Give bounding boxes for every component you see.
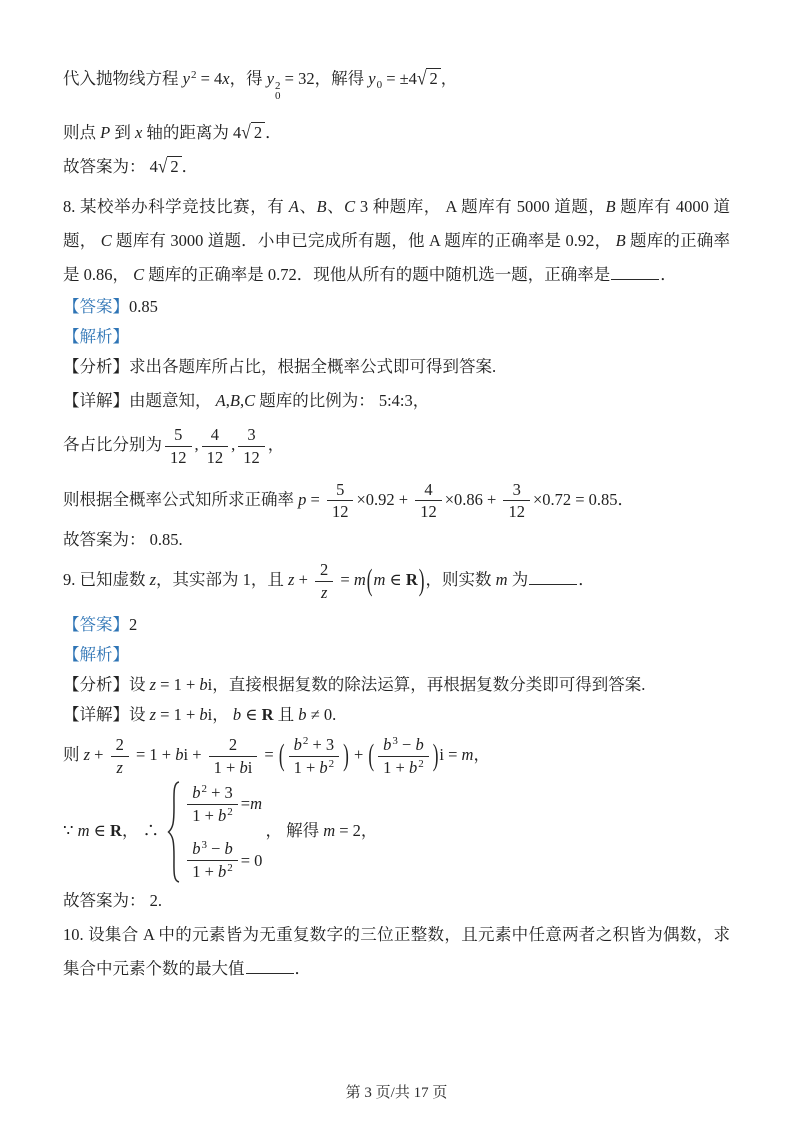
big-paren: ) xyxy=(432,725,440,786)
fraction-denominator: 12 xyxy=(165,446,192,469)
math-variable: m xyxy=(496,570,508,589)
radicand: 2 xyxy=(251,122,265,143)
q8-stem: 8. 某校举办科学竞技比赛，有 A、B、C 3 种题库， A 题库有 5000 … xyxy=(63,190,730,292)
math-variable: y xyxy=(267,69,274,88)
text: ， xyxy=(441,69,458,88)
fraction-numerator: 2 xyxy=(111,734,129,756)
math-variable: m xyxy=(373,570,385,589)
fraction: 412 xyxy=(202,424,229,469)
text: i，直接根据复数的除法运算，再根据复数分类即可得到答案. xyxy=(208,675,646,694)
fraction-denominator: z xyxy=(315,581,333,604)
text: 、 xyxy=(299,197,317,216)
text: ． xyxy=(265,123,282,142)
math-variable: m xyxy=(78,821,90,840)
math-variable: b xyxy=(239,758,247,777)
fraction-numerator: b2 + 3 xyxy=(289,734,340,756)
math-variable: y xyxy=(368,69,375,88)
text: = 1 + xyxy=(156,675,199,694)
fraction: 312 xyxy=(238,424,265,469)
p7-answer: 故答案为： 4√2． xyxy=(63,150,730,184)
math-variable: b xyxy=(319,758,327,777)
text: ×0.72 = 0.85． xyxy=(533,490,634,509)
fraction-denominator: 12 xyxy=(238,446,265,469)
cases-rows: b2 + 31 + b2 = mb3 − b1 + b2 = 0 xyxy=(184,782,262,883)
sub-superscripted-term: y20 xyxy=(267,69,281,88)
text: ，得 xyxy=(230,69,267,88)
math-variable: b xyxy=(199,705,207,724)
text: = xyxy=(260,745,278,764)
math-variable: C xyxy=(244,391,255,410)
q9-expand: 则 z + 2z = 1 + bi + 21 + bi = (b2 + 31 +… xyxy=(63,734,730,779)
text: = 0 xyxy=(241,844,263,878)
fraction-numerator: 4 xyxy=(415,479,442,501)
document-body: 代入抛物线方程 y2 = 4x，得 y20 = 32，解得 y0 = ±4√2，… xyxy=(0,0,793,986)
text: 题库的正确率是 0.72．现他从所有的题中随机选一题，正确率是 xyxy=(144,265,610,284)
fraction-denominator: 1 + b2 xyxy=(378,756,429,779)
math-bold-set: R xyxy=(262,705,274,724)
text: i + xyxy=(183,745,205,764)
math-variable: b xyxy=(409,758,417,777)
math-variable: x xyxy=(222,69,229,88)
math-variable: B xyxy=(317,197,327,216)
math-variable: C xyxy=(101,231,112,250)
fraction: b2 + 31 + b2 xyxy=(289,734,340,779)
cases-row: b2 + 31 + b2 = m xyxy=(184,782,262,827)
square-root: √2 xyxy=(417,62,441,96)
fraction-denominator: z xyxy=(111,756,129,779)
fraction: b2 + 31 + b2 xyxy=(187,782,238,827)
section-label: 【答案】 xyxy=(63,615,129,634)
big-paren: ) xyxy=(342,725,350,786)
q9-answer-label: 【答案】2 xyxy=(63,610,730,640)
radical-sign-icon: √ xyxy=(417,60,427,98)
fraction-denominator: 1 + b2 xyxy=(187,804,238,827)
math-variable: b xyxy=(199,675,207,694)
text: − xyxy=(207,839,225,858)
fraction-denominator: 1 + b2 xyxy=(289,756,340,779)
math-variable: b xyxy=(233,705,241,724)
text: 8. 某校举办科学竞技比赛，有 xyxy=(63,197,289,216)
text: 则点 xyxy=(63,123,100,142)
fraction: 2z xyxy=(111,734,129,779)
superscripted-term: b2 xyxy=(319,758,334,777)
math-variable: b xyxy=(298,705,306,724)
text: 故答案为： 4 xyxy=(63,157,158,176)
text: 到 xyxy=(110,123,135,142)
superscripted-term: b3 xyxy=(383,735,398,754)
q8-jiexi: 【解析】 xyxy=(63,322,730,352)
math-variable: P xyxy=(100,123,110,142)
fraction-denominator: 12 xyxy=(415,500,442,523)
math-variable: b xyxy=(192,839,200,858)
math-variable: C xyxy=(133,265,144,284)
superscripted-term: y2 xyxy=(183,69,197,88)
text: 3 种题库， A 题库有 5000 道题， xyxy=(355,197,605,216)
text: i xyxy=(248,758,253,777)
text: + xyxy=(350,745,368,764)
text: ． xyxy=(660,265,677,284)
text: 轴的距离为 4 xyxy=(142,123,241,142)
text: ． xyxy=(182,157,199,176)
page-footer: 第 3 页/共 17 页 xyxy=(0,1081,793,1102)
text: 2 xyxy=(129,615,137,634)
math-variable: m xyxy=(323,821,335,840)
fraction-denominator: 12 xyxy=(503,500,530,523)
text: = xyxy=(306,490,324,509)
document-page: 代入抛物线方程 y2 = 4x，得 y20 = 32，解得 y0 = ±4√2，… xyxy=(0,0,793,1122)
p7-dist: 则点 P 到 x 轴的距离为 4√2． xyxy=(63,116,730,150)
text: 则根据全概率公式知所求正确率 xyxy=(63,490,298,509)
math-variable: b xyxy=(192,783,200,802)
math-bold-set: R xyxy=(406,570,418,589)
brace-icon xyxy=(166,780,182,884)
fraction-numerator: 2 xyxy=(315,559,333,581)
text: ∈ xyxy=(241,705,261,724)
fraction: 412 xyxy=(415,479,442,524)
math-variable: B xyxy=(230,391,240,410)
text: = xyxy=(241,787,250,821)
radical-sign-icon: √ xyxy=(158,148,168,186)
q10-stem: 10. 设集合 A 中的元素皆为无重复数字的三位正整数，且元素中任意两者之积皆为… xyxy=(63,918,730,986)
superscripted-term: b2 xyxy=(192,783,207,802)
text: ， xyxy=(268,435,285,454)
math-variable: A xyxy=(216,391,226,410)
text: 各占比分别为 xyxy=(63,435,162,454)
text: − xyxy=(398,735,416,754)
text: 题库的比例为： 5:4:3， xyxy=(255,391,429,410)
text: = 4 xyxy=(196,69,222,88)
text: 题库有 3000 道题．小申已完成所有题，他 A 题库的正确率是 0.92， xyxy=(112,231,616,250)
fraction-denominator: 1 + bi xyxy=(209,756,258,779)
text: ， xyxy=(473,745,490,764)
cases-system: b2 + 31 + b2 = mb3 − b1 + b2 = 0 xyxy=(166,780,262,884)
math-bold-set: R xyxy=(110,821,122,840)
text: = 1 + xyxy=(132,745,175,764)
math-variable: b xyxy=(218,806,226,825)
text: , xyxy=(231,435,235,454)
text: 【详解】设 xyxy=(63,705,150,724)
q9-final: 故答案为： 2. xyxy=(63,886,730,916)
q8-formula: 则根据全概率公式知所求正确率 p = 512×0.92 + 412×0.86 +… xyxy=(63,479,730,524)
math-variable: b xyxy=(218,862,226,881)
math-variable: m xyxy=(354,570,366,589)
fraction-numerator: 5 xyxy=(327,479,354,501)
text: ×0.86 + xyxy=(445,490,501,509)
text: 【分析】求出各题库所占比，根据全概率公式即可得到答案. xyxy=(63,357,496,376)
superscripted-term: b3 xyxy=(192,839,207,858)
superscripted-term: b2 xyxy=(294,735,309,754)
superscript: 2 xyxy=(329,758,335,770)
math-variable: z xyxy=(321,583,327,602)
superscripted-term: b2 xyxy=(409,758,424,777)
fraction-numerator: 2 xyxy=(209,734,258,756)
fraction: b3 − b1 + b2 xyxy=(187,838,238,883)
text: 且 xyxy=(274,705,299,724)
text: i， xyxy=(208,705,233,724)
fraction-denominator: 1 + b2 xyxy=(187,860,238,883)
fraction-numerator: b2 + 3 xyxy=(187,782,238,804)
text: ． xyxy=(295,959,312,978)
section-label: 【答案】 xyxy=(63,297,129,316)
answer-blank xyxy=(246,959,294,974)
text: + xyxy=(294,570,312,589)
text: 1 + xyxy=(192,862,218,881)
text: 故答案为： 0.85. xyxy=(63,530,183,549)
fraction-numerator: b3 − b xyxy=(378,734,429,756)
radicand: 2 xyxy=(426,68,440,89)
text: 1 + xyxy=(383,758,409,777)
radicand: 2 xyxy=(167,156,181,177)
text: 1 + xyxy=(294,758,320,777)
fraction: 512 xyxy=(165,424,192,469)
text: i = xyxy=(439,745,461,764)
text: 则 xyxy=(63,745,84,764)
math-variable: m xyxy=(250,787,262,821)
fraction-numerator: 3 xyxy=(503,479,530,501)
big-paren: ( xyxy=(278,725,286,786)
square-root: √2 xyxy=(241,116,265,150)
text: ，则实数 xyxy=(426,570,496,589)
text: + 3 xyxy=(207,783,233,802)
answer-blank xyxy=(611,265,659,280)
fraction-numerator: 4 xyxy=(202,424,229,446)
fraction: 512 xyxy=(327,479,354,524)
text: ∈ xyxy=(385,570,405,589)
superscript: 2 xyxy=(418,758,424,770)
fraction: 2z xyxy=(315,559,333,604)
math-variable: y xyxy=(183,69,190,88)
math-variable: z xyxy=(117,758,123,777)
text: 10. 设集合 A 中的元素皆为无重复数字的三位正整数，且元素中任意两者之积皆为… xyxy=(63,925,730,978)
big-paren: ( xyxy=(367,725,375,786)
q9-jiexi: 【解析】 xyxy=(63,640,730,670)
square-root: √2 xyxy=(158,150,182,184)
section-label: 【解析】 xyxy=(63,327,129,346)
superscripted-term: b2 xyxy=(218,806,233,825)
fraction-denominator: 12 xyxy=(202,446,229,469)
fraction: b3 − b1 + b2 xyxy=(378,734,429,779)
math-variable: b xyxy=(294,735,302,754)
math-variable: b xyxy=(225,839,233,858)
fraction-numerator: b3 − b xyxy=(187,838,238,860)
fraction-numerator: 5 xyxy=(165,424,192,446)
big-paren: ( xyxy=(366,551,374,612)
text: ， 解得 xyxy=(265,821,323,840)
q8-final: 故答案为： 0.85. xyxy=(63,525,730,555)
superscript: 2 xyxy=(227,862,233,874)
text: = ±4 xyxy=(382,69,417,88)
q9-xiangjie: 【详解】设 z = 1 + bi， b ∈ R 且 b ≠ 0. xyxy=(63,700,730,730)
q9-fenxi: 【分析】设 z = 1 + bi，直接根据复数的除法运算，再根据复数分类即可得到… xyxy=(63,670,730,700)
text: 代入抛物线方程 xyxy=(63,69,183,88)
text: 【分析】设 xyxy=(63,675,150,694)
subscript: 0 xyxy=(275,91,281,101)
big-paren: ) xyxy=(418,551,426,612)
text: 为 xyxy=(508,570,529,589)
math-variable: B xyxy=(616,231,626,250)
text: ，其实部为 1，且 xyxy=(156,570,288,589)
superscripted-term: b2 xyxy=(218,862,233,881)
text: ∵ xyxy=(63,821,78,840)
text: ． xyxy=(578,570,595,589)
text: 0.85 xyxy=(129,297,158,316)
text: ， ∴ xyxy=(122,821,163,840)
math-variable: B xyxy=(605,197,615,216)
superscript: 2 xyxy=(227,806,233,818)
text: 【详解】由题意知， xyxy=(63,391,216,410)
text: = xyxy=(336,570,354,589)
math-variable: b xyxy=(415,735,423,754)
math-variable: C xyxy=(344,197,355,216)
text: , xyxy=(195,435,199,454)
answer-blank xyxy=(529,570,577,585)
text: = 2， xyxy=(335,821,377,840)
text: ×0.92 + xyxy=(356,490,412,509)
q8-answer-label: 【答案】0.85 xyxy=(63,292,730,322)
q8-ratios: 各占比分别为512,412,312， xyxy=(63,424,730,469)
section-label: 【解析】 xyxy=(63,645,129,664)
q8-fenxi: 【分析】求出各题库所占比，根据全概率公式即可得到答案. xyxy=(63,352,730,382)
text: 故答案为： 2. xyxy=(63,891,162,910)
cases-row: b3 − b1 + b2 = 0 xyxy=(184,838,262,883)
text: 1 + xyxy=(214,758,240,777)
q8-xiangjie: 【详解】由题意知， A,B,C 题库的比例为： 5:4:3， xyxy=(63,386,730,416)
fraction-denominator: 12 xyxy=(327,500,354,523)
subscripted-term: y0 xyxy=(368,69,382,88)
text: ≠ 0. xyxy=(307,705,337,724)
math-variable: b xyxy=(383,735,391,754)
text: + 3 xyxy=(308,735,334,754)
text: ∈ xyxy=(90,821,110,840)
radical-sign-icon: √ xyxy=(241,114,251,152)
math-variable: m xyxy=(462,745,474,764)
text: 、 xyxy=(327,197,345,216)
fraction: 312 xyxy=(503,479,530,524)
fraction: 21 + bi xyxy=(209,734,258,779)
text: = 1 + xyxy=(156,705,199,724)
text: + xyxy=(90,745,108,764)
text: 1 + xyxy=(192,806,218,825)
math-variable: A xyxy=(289,197,299,216)
fraction-numerator: 3 xyxy=(238,424,265,446)
text: = 32，解得 xyxy=(281,69,369,88)
q9-cases: ∵ m ∈ R， ∴ b2 + 31 + b2 = mb3 − b1 + b2 … xyxy=(63,780,730,884)
q9-stem: 9. 已知虚数 z，其实部为 1，且 z + 2z = m(m ∈ R)，则实数… xyxy=(63,559,730,604)
p7-sub: 代入抛物线方程 y2 = 4x，得 y20 = 32，解得 y0 = ±4√2， xyxy=(63,58,730,102)
text: 9. 已知虚数 xyxy=(63,570,150,589)
